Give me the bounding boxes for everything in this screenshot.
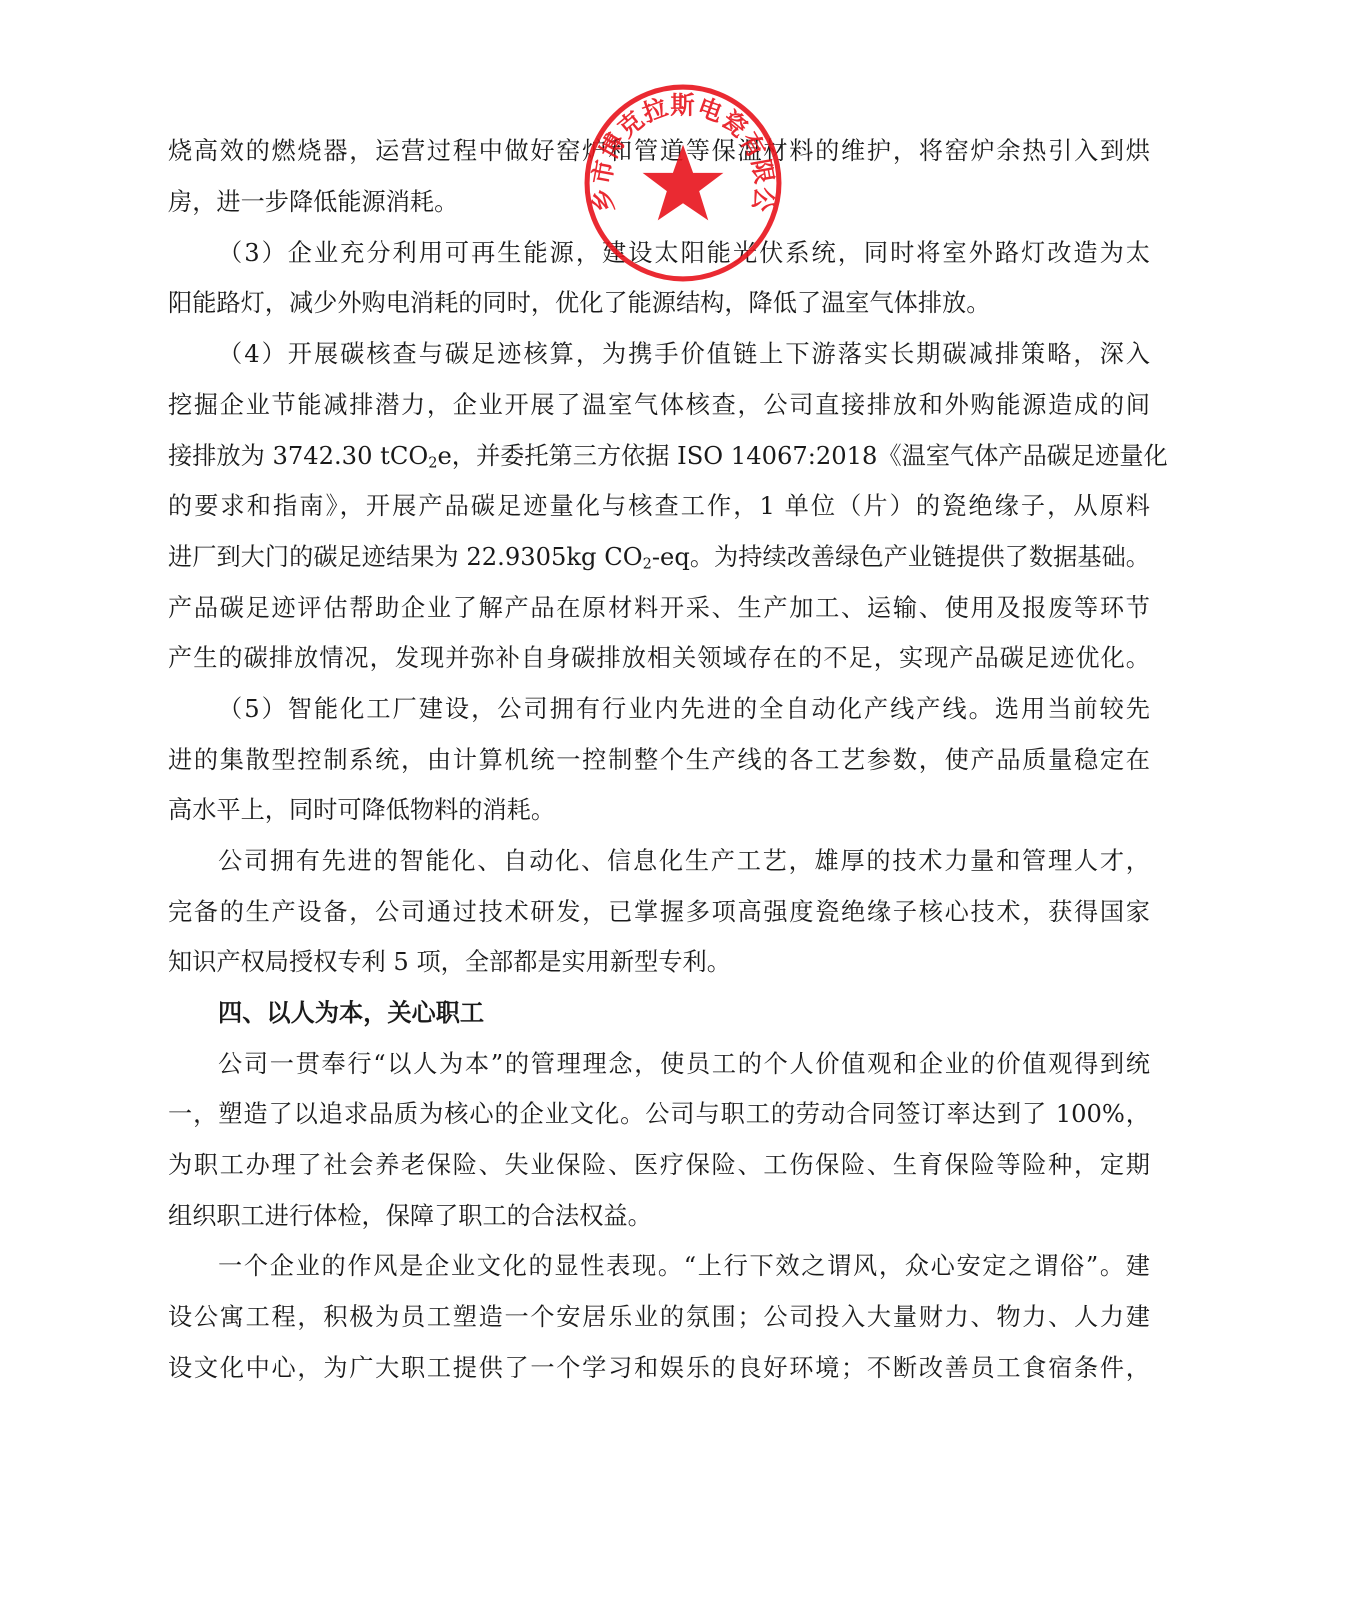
paragraph-line: 房，进一步降低能源消耗。 (168, 182, 1150, 222)
paragraph-line: 产品碳足迹评估帮助企业了解产品在原材料开采、生产加工、运输、使用及报废等环节 (168, 588, 1150, 628)
paragraph-line: 进的集散型控制系统，由计算机统一控制整个生产线的各工艺参数，使产品质量稳定在 (168, 740, 1150, 780)
section-heading: 四、以人为本，关心职工 (218, 993, 1150, 1033)
paragraph-line: 的要求和指南》，开展产品碳足迹量化与核查工作，1 单位（片）的瓷绝缘子，从原料 (168, 486, 1150, 526)
paragraph-line: 高水平上，同时可降低物料的消耗。 (168, 790, 1150, 830)
paragraph-line: 设公寓工程，积极为员工塑造一个安居乐业的氛围；公司投入大量财力、物力、人力建 (168, 1297, 1150, 1337)
text-segment: 进厂到大门的碳足迹结果为 22.9305kg CO (168, 543, 643, 571)
paragraph-line: （4）开展碳核查与碳足迹核算，为携手价值链上下游落实长期碳减排策略，深入 (218, 334, 1150, 374)
paragraph-line: 阳能路灯，减少外购电消耗的同时，优化了能源结构，降低了温室气体排放。 (168, 283, 1150, 323)
document-page: 烧高效的燃烧器，运营过程中做好窑炉和管道等保温材料的维护，将窑炉余热引入到烘 房… (0, 0, 1346, 1600)
subscript: 2 (643, 557, 652, 573)
text-segment: 接排放为 3742.30 tCO (168, 442, 428, 470)
paragraph-line: 一，塑造了以追求品质为核心的企业文化。公司与职工的劳动合同签订率达到了 100%… (168, 1094, 1150, 1134)
paragraph-line: 产生的碳排放情况，发现并弥补自身碳排放相关领域存在的不足，实现产品碳足迹优化。 (168, 638, 1150, 678)
paragraph-line: 完备的生产设备，公司通过技术研发，已掌握多项高强度瓷绝缘子核心技术，获得国家 (168, 892, 1150, 932)
paragraph-line: （5）智能化工厂建设，公司拥有行业内先进的全自动化产线产线。选用当前较先 (218, 689, 1150, 729)
paragraph-line: 组织职工进行体检，保障了职工的合法权益。 (168, 1196, 1150, 1236)
text-segment: -eq。为持续改善绿色产业链提供了数据基础。 (652, 543, 1150, 571)
paragraph-line: 公司拥有先进的智能化、自动化、信息化生产工艺，雄厚的技术力量和管理人才， (218, 841, 1150, 881)
paragraph-line: 挖掘企业节能减排潜力，企业开展了温室气体核查，公司直接排放和外购能源造成的间 (168, 385, 1150, 425)
paragraph-line: 一个企业的作风是企业文化的显性表现。“上行下效之谓风，众心安定之谓俗”。建 (218, 1246, 1150, 1286)
paragraph-line: 知识产权局授权专利 5 项，全部都是实用新型专利。 (168, 942, 1150, 982)
paragraph-line: （3）企业充分利用可再生能源，建设太阳能光伏系统，同时将室外路灯改造为太 (218, 233, 1150, 273)
paragraph-line: 设文化中心，为广大职工提供了一个学习和娱乐的良好环境；不断改善员工食宿条件， (168, 1348, 1150, 1388)
paragraph-line: 烧高效的燃烧器，运营过程中做好窑炉和管道等保温材料的维护，将窑炉余热引入到烘 (168, 131, 1150, 171)
paragraph-line-emissions: 接排放为 3742.30 tCO2e，并委托第三方依据 ISO 14067:20… (168, 436, 1150, 476)
paragraph-line: 为职工办理了社会养老保险、失业保险、医疗保险、工伤保险、生育保险等险种，定期 (168, 1145, 1150, 1185)
paragraph-line-footprint: 进厂到大门的碳足迹结果为 22.9305kg CO2-eq。为持续改善绿色产业链… (168, 537, 1150, 577)
paragraph-line: 公司一贯奉行“以人为本”的管理理念，使员工的个人价值观和企业的价值观得到统 (218, 1044, 1150, 1084)
text-segment: e，并委托第三方依据 ISO 14067:2018《温室气体产品碳足迹量化 (437, 442, 1167, 470)
